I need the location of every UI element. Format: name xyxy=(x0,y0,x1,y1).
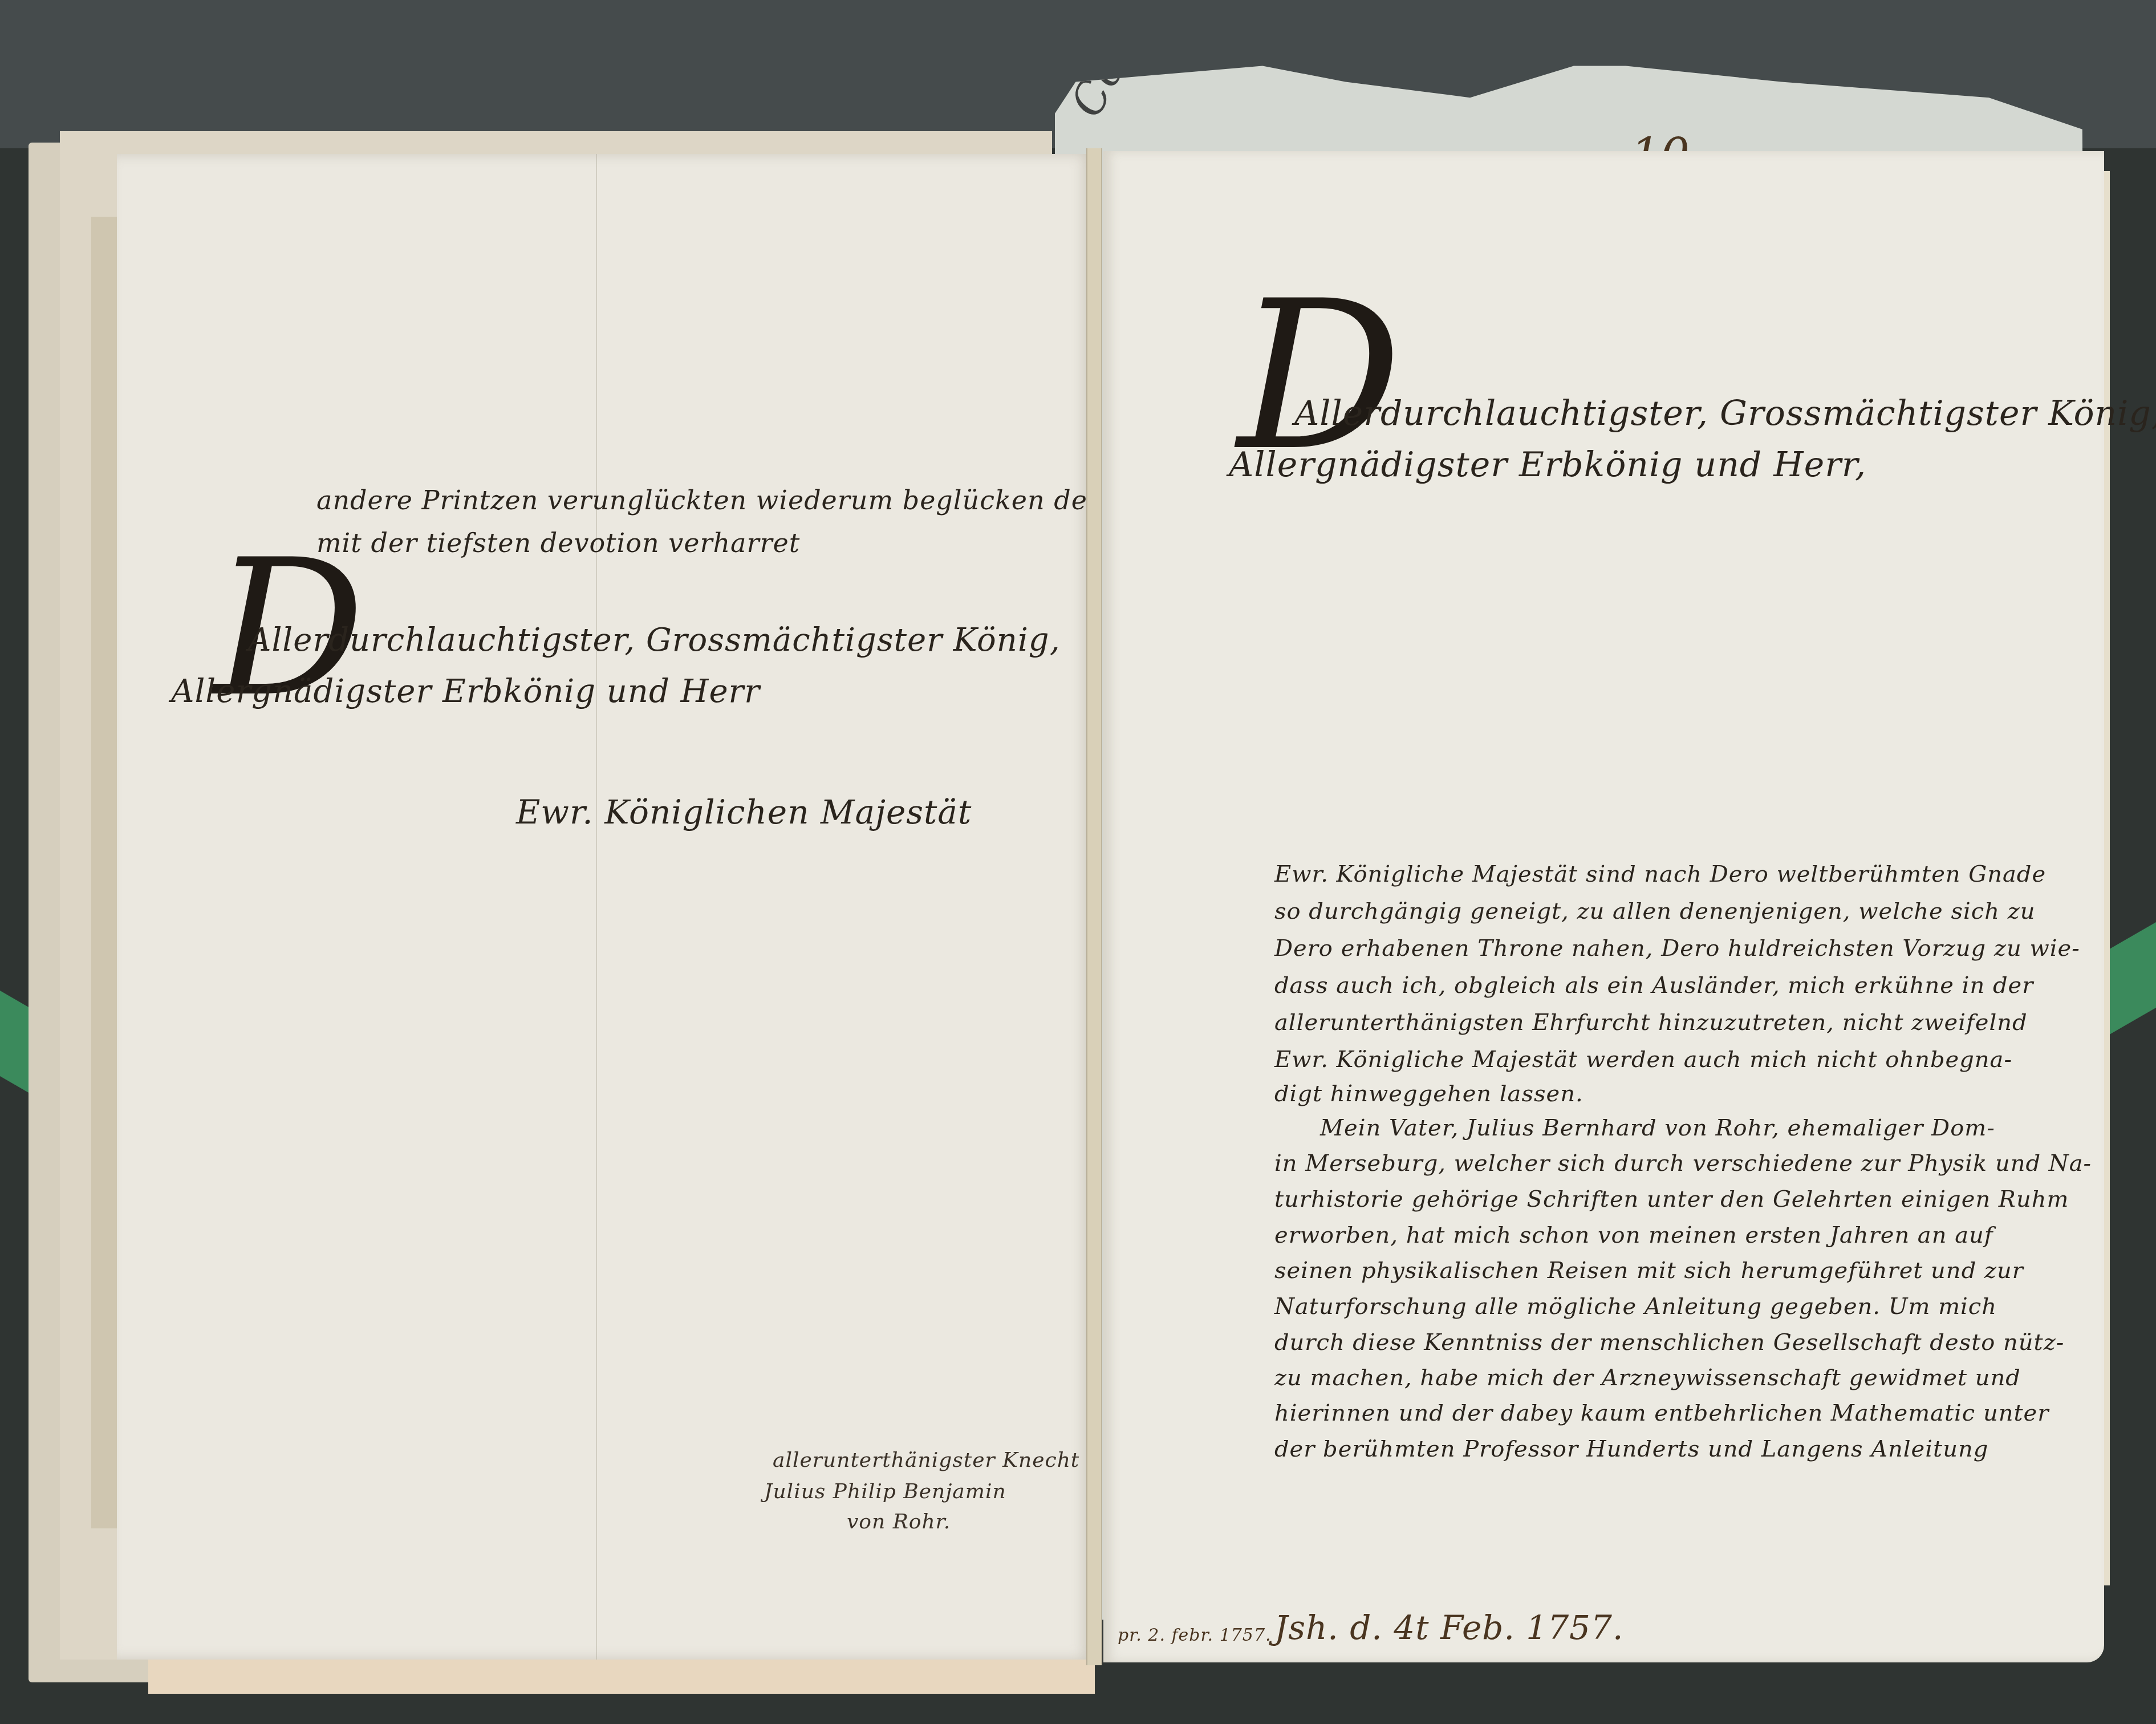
right-page: D Allerdurchlauchtigster, Grossmächtigst… xyxy=(1103,151,2104,1662)
body-line: dass auch ich, obgleich als ein Auslände… xyxy=(1274,972,2033,999)
body-line: Naturforschung alle mögliche Anleitung g… xyxy=(1274,1293,1997,1320)
salutation-line: Allerdurchlauchtigster, Grossmächtigster… xyxy=(1294,394,2156,433)
signature-line: Julius Philip Benjamin xyxy=(764,1480,1006,1503)
salutation-line: Allergnädigster Erbkönig und Herr xyxy=(171,673,760,710)
signature-line: von Rohr. xyxy=(847,1510,951,1534)
body-line: so durchgängig geneigt, zu allen denenje… xyxy=(1274,898,2036,924)
bottom-paper-strip xyxy=(148,1654,1095,1694)
body-line: durch diese Kenntniss der menschlichen G… xyxy=(1274,1329,2064,1356)
body-line: turhistorie gehörige Schriften unter den… xyxy=(1274,1186,2069,1212)
body-line: Dero erhabenen Throne nahen, Dero huldre… xyxy=(1274,935,2080,962)
closing-line: mit der tiefsten devotion verharret xyxy=(316,528,800,558)
body-line: allerunterthänigsten Ehrfurcht hinzuzutr… xyxy=(1274,1009,2028,1036)
body-line: Mein Vater, Julius Bernhard von Rohr, eh… xyxy=(1320,1115,1995,1141)
date-note: Jsh. d. 4t Feb. 1757. xyxy=(1274,1608,1623,1647)
closing-line: andere Printzen verunglückten wiederum b… xyxy=(316,485,1101,516)
body-line: hierinnen und der dabey kaum entbehrlich… xyxy=(1274,1400,2049,1426)
signature-line: allerunterthänigster Knecht xyxy=(773,1449,1079,1472)
body-line: zu machen, habe mich der Arzneywissensch… xyxy=(1274,1365,2021,1391)
body-line: Ewr. Königliche Majestät werden auch mic… xyxy=(1274,1046,2012,1073)
body-line: digt hinweggehen lassen. xyxy=(1274,1081,1583,1107)
receipt-note: pr. 2. febr. 1757. xyxy=(1118,1625,1272,1645)
body-line: der berühmten Professor Hunderts und Lan… xyxy=(1274,1436,1988,1462)
body-line: Ewr. Königliche Majestät sind nach Dero … xyxy=(1274,861,2046,887)
salutation-line: Allerdurchlauchtigster, Grossmächtigster… xyxy=(248,622,1060,659)
salutation-line: Allergnädigster Erbkönig und Herr, xyxy=(1229,445,1866,485)
binding-gutter xyxy=(1086,148,1102,1665)
body-line: seinen physikalischen Reisen mit sich he… xyxy=(1274,1257,2024,1284)
body-line: erworben, hat mich schon von meinen erst… xyxy=(1274,1222,1993,1248)
page-fold xyxy=(596,154,597,1660)
body-line: in Merseburg, welcher sich durch verschi… xyxy=(1274,1150,2092,1177)
address-line: Ewr. Königlichen Majestät xyxy=(516,793,972,831)
left-page: andere Printzen verunglückten wiederum b… xyxy=(117,154,1092,1660)
